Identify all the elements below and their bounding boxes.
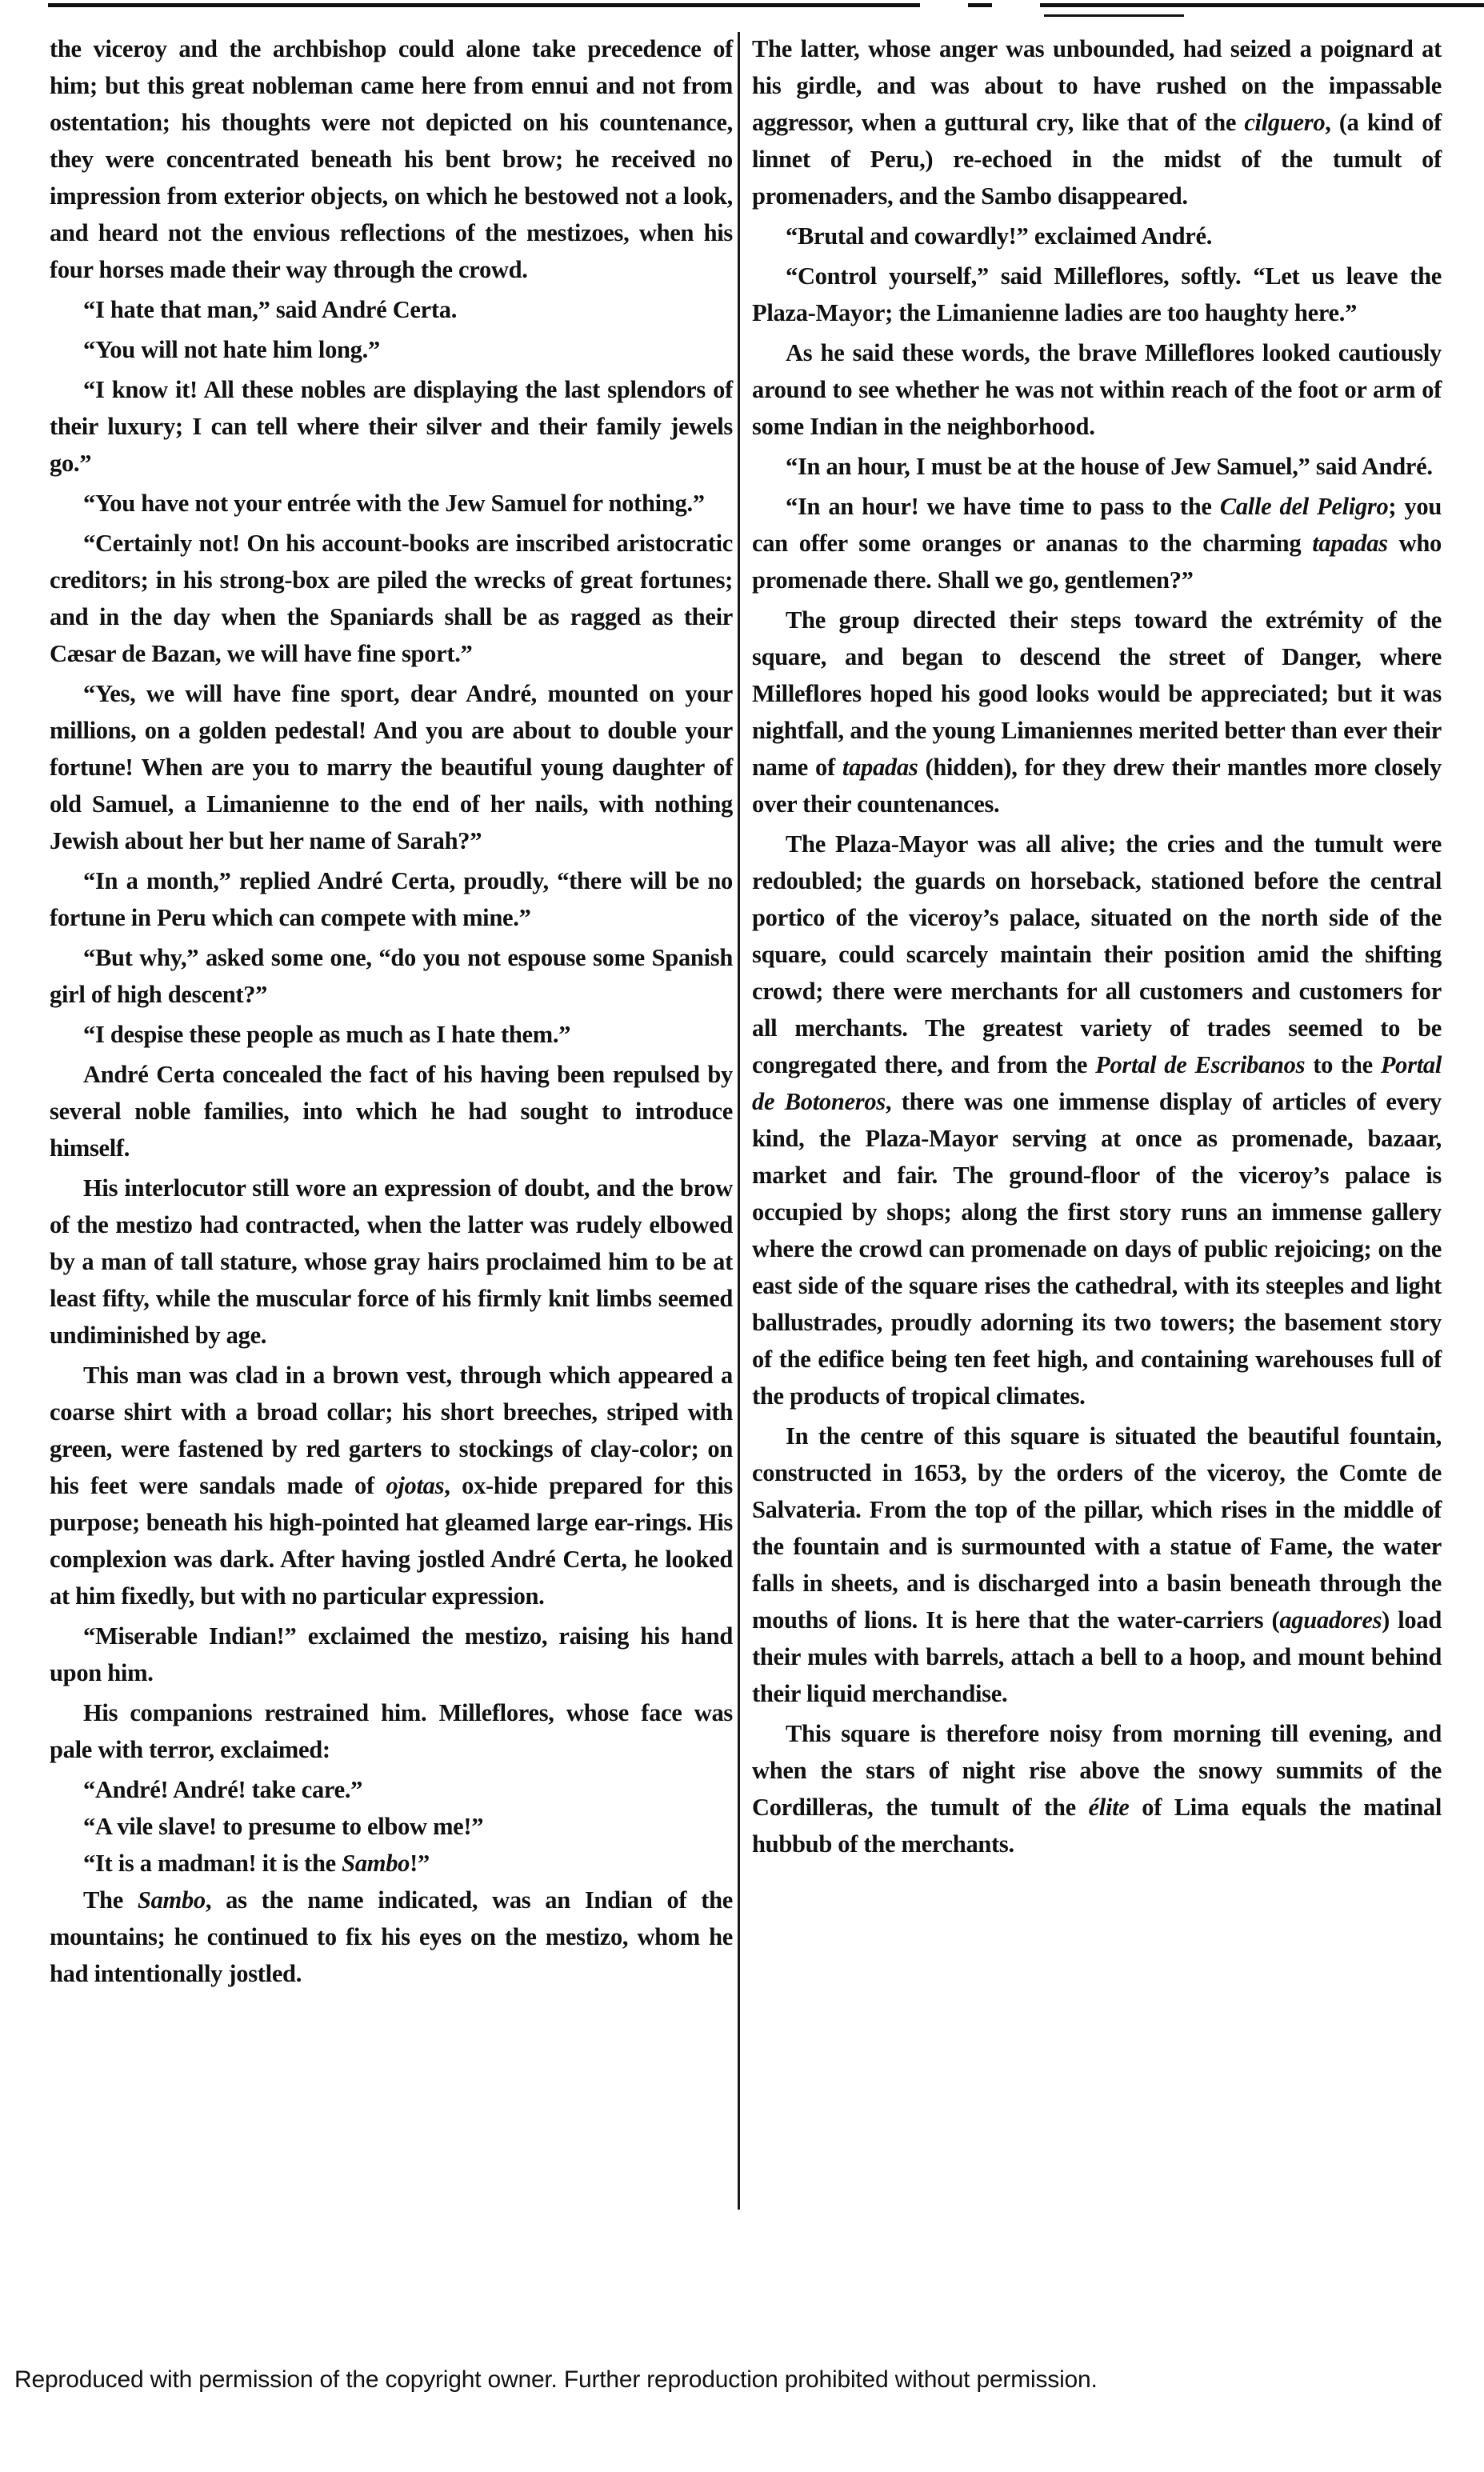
italic-term: aguadores bbox=[1279, 1606, 1382, 1634]
italic-term: cilguero bbox=[1244, 109, 1325, 136]
paragraph: “You have not your entrée with the Jew S… bbox=[50, 485, 733, 522]
paragraph: In the centre of this square is situated… bbox=[752, 1418, 1442, 1712]
paragraph: “Yes, we will have fine sport, dear Andr… bbox=[50, 675, 733, 859]
paragraph: The Sambo, as the name indicated, was an… bbox=[50, 1882, 733, 1992]
top-rule bbox=[48, 3, 1484, 7]
italic-term: Portal de Escribanos bbox=[1095, 1051, 1305, 1078]
italic-term: élite bbox=[1089, 1794, 1130, 1821]
paragraph: His interlocutor still wore an expressio… bbox=[50, 1170, 733, 1354]
paragraph: “André! André! take care.” bbox=[50, 1771, 733, 1808]
paragraph: His companions restrained him. Milleflor… bbox=[50, 1694, 733, 1768]
paragraph: “Miserable Indian!” exclaimed the mestiz… bbox=[50, 1618, 733, 1691]
paragraph: This man was clad in a brown vest, throu… bbox=[50, 1357, 733, 1614]
paragraph: “But why,” asked some one, “do you not e… bbox=[50, 939, 733, 1013]
paragraph: “Brutal and cowardly!” exclaimed André. bbox=[752, 218, 1442, 254]
top-rule-gap bbox=[920, 2, 968, 9]
paragraph: “Control yourself,” said Milleflores, so… bbox=[752, 258, 1442, 331]
copyright-notice: Reproduced with permission of the copyri… bbox=[14, 2366, 1470, 2394]
paragraph: “In an hour! we have time to pass to the… bbox=[752, 488, 1442, 598]
paragraph: “It is a madman! it is the Sambo!” bbox=[50, 1845, 733, 1882]
paragraph: “Certainly not! On his account-books are… bbox=[50, 525, 733, 672]
top-rule-right bbox=[1044, 14, 1184, 17]
paragraph: The Plaza-Mayor was all alive; the cries… bbox=[752, 826, 1442, 1414]
paragraph: The group directed their steps toward th… bbox=[752, 602, 1442, 822]
italic-term: Calle del Peligro bbox=[1220, 493, 1389, 520]
paragraph: “You will not hate him long.” bbox=[50, 331, 733, 368]
column-divider bbox=[738, 32, 740, 2210]
paragraph: “I hate that man,” said André Certa. bbox=[50, 291, 733, 328]
paragraph: André Certa concealed the fact of his ha… bbox=[50, 1056, 733, 1166]
italic-term: Sambo bbox=[342, 1850, 410, 1877]
right-column: The latter, whose anger was unbounded, h… bbox=[752, 30, 1442, 1866]
paragraph: “In an hour, I must be at the house of J… bbox=[752, 448, 1442, 485]
paragraph: This square is therefore noisy from morn… bbox=[752, 1715, 1442, 1862]
paragraph: As he said these words, the brave Millef… bbox=[752, 334, 1442, 445]
paragraph: “I know it! All these nobles are display… bbox=[50, 371, 733, 482]
italic-term: ojotas bbox=[386, 1472, 444, 1499]
paragraph: the viceroy and the archbishop could alo… bbox=[50, 30, 733, 288]
paragraph: “A vile slave! to presume to elbow me!” bbox=[50, 1808, 733, 1845]
paragraph: “I despise these people as much as I hat… bbox=[50, 1016, 733, 1053]
italic-term: Sambo bbox=[138, 1886, 206, 1914]
italic-term: tapadas bbox=[842, 754, 918, 781]
left-column: the viceroy and the archbishop could alo… bbox=[50, 30, 733, 1995]
italic-term: tapadas bbox=[1312, 530, 1388, 557]
top-rule-gap bbox=[992, 2, 1040, 9]
paragraph: The latter, whose anger was unbounded, h… bbox=[752, 30, 1442, 214]
paragraph: “In a month,” replied André Certa, proud… bbox=[50, 862, 733, 936]
